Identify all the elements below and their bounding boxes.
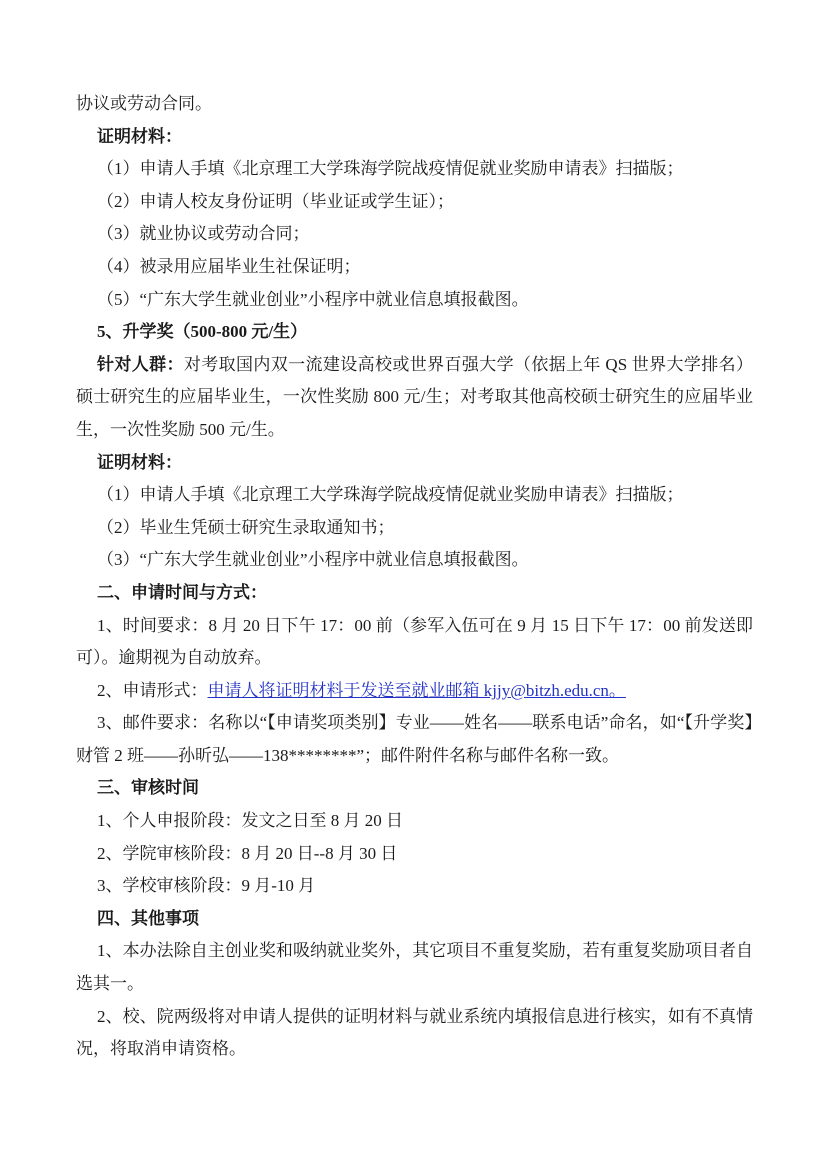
- apply-item-3: 3、邮件要求：名称以“【申请奖项类别】专业——姓名——联系电话”命名，如“【升学…: [76, 707, 753, 772]
- award4-proof-heading: 证明材料：: [76, 121, 753, 154]
- review-item-3: 3、学校审核阶段：9 月-10 月: [76, 870, 753, 903]
- apply-item-2-label: 2、申请形式：: [97, 681, 208, 700]
- document-page: 协议或劳动合同。 证明材料： （1）申请人手填《北京理工大学珠海学院战疫情促就业…: [0, 0, 827, 1169]
- award4-item-3: （3）就业协议或劳动合同；: [76, 218, 753, 251]
- review-item-1: 1、个人申报阶段：发文之日至 8 月 20 日: [76, 805, 753, 838]
- award5-target-paragraph: 针对人群：对考取国内双一流建设高校或世界百强大学（依据上年 QS 世界大学排名）…: [76, 349, 753, 447]
- award5-item-2: （2）毕业生凭硕士研究生录取通知书；: [76, 512, 753, 545]
- award5-target-label: 针对人群：: [97, 355, 184, 374]
- paragraph-continuation: 协议或劳动合同。: [76, 88, 753, 121]
- award5-heading: 5、升学奖（500-800 元/生）: [76, 316, 753, 349]
- section4-heading: 四、其他事项: [76, 903, 753, 936]
- award5-item-1: （1）申请人手填《北京理工大学珠海学院战疫情促就业奖励申请表》扫描版；: [76, 479, 753, 512]
- review-item-2: 2、学院审核阶段：8 月 20 日--8 月 30 日: [76, 838, 753, 871]
- other-item-2: 2、校、院两级将对申请人提供的证明材料与就业系统内填报信息进行核实，如有不真情况…: [76, 1001, 753, 1066]
- award4-item-1: （1）申请人手填《北京理工大学珠海学院战疫情促就业奖励申请表》扫描版；: [76, 153, 753, 186]
- award4-item-5: （5）“广东大学生就业创业”小程序中就业信息填报截图。: [76, 284, 753, 317]
- section2-heading: 二、申请时间与方式：: [76, 577, 753, 610]
- award5-proof-heading: 证明材料：: [76, 447, 753, 480]
- section3-heading: 三、审核时间: [76, 772, 753, 805]
- apply-item-1: 1、时间要求：8 月 20 日下午 17：00 前（参军入伍可在 9 月 15 …: [76, 610, 753, 675]
- other-item-1: 1、本办法除自主创业奖和吸纳就业奖外，其它项目不重复奖励，若有重复奖励项目者自选…: [76, 935, 753, 1000]
- apply-item-2: 2、申请形式：申请人将证明材料于发送至就业邮箱 kjjy@bitzh.edu.c…: [76, 675, 753, 708]
- award5-item-3: （3）“广东大学生就业创业”小程序中就业信息填报截图。: [76, 544, 753, 577]
- email-link[interactable]: 申请人将证明材料于发送至就业邮箱 kjjy@bitzh.edu.cn。: [208, 681, 626, 700]
- award4-item-2: （2）申请人校友身份证明（毕业证或学生证）；: [76, 186, 753, 219]
- award4-item-4: （4）被录用应届毕业生社保证明；: [76, 251, 753, 284]
